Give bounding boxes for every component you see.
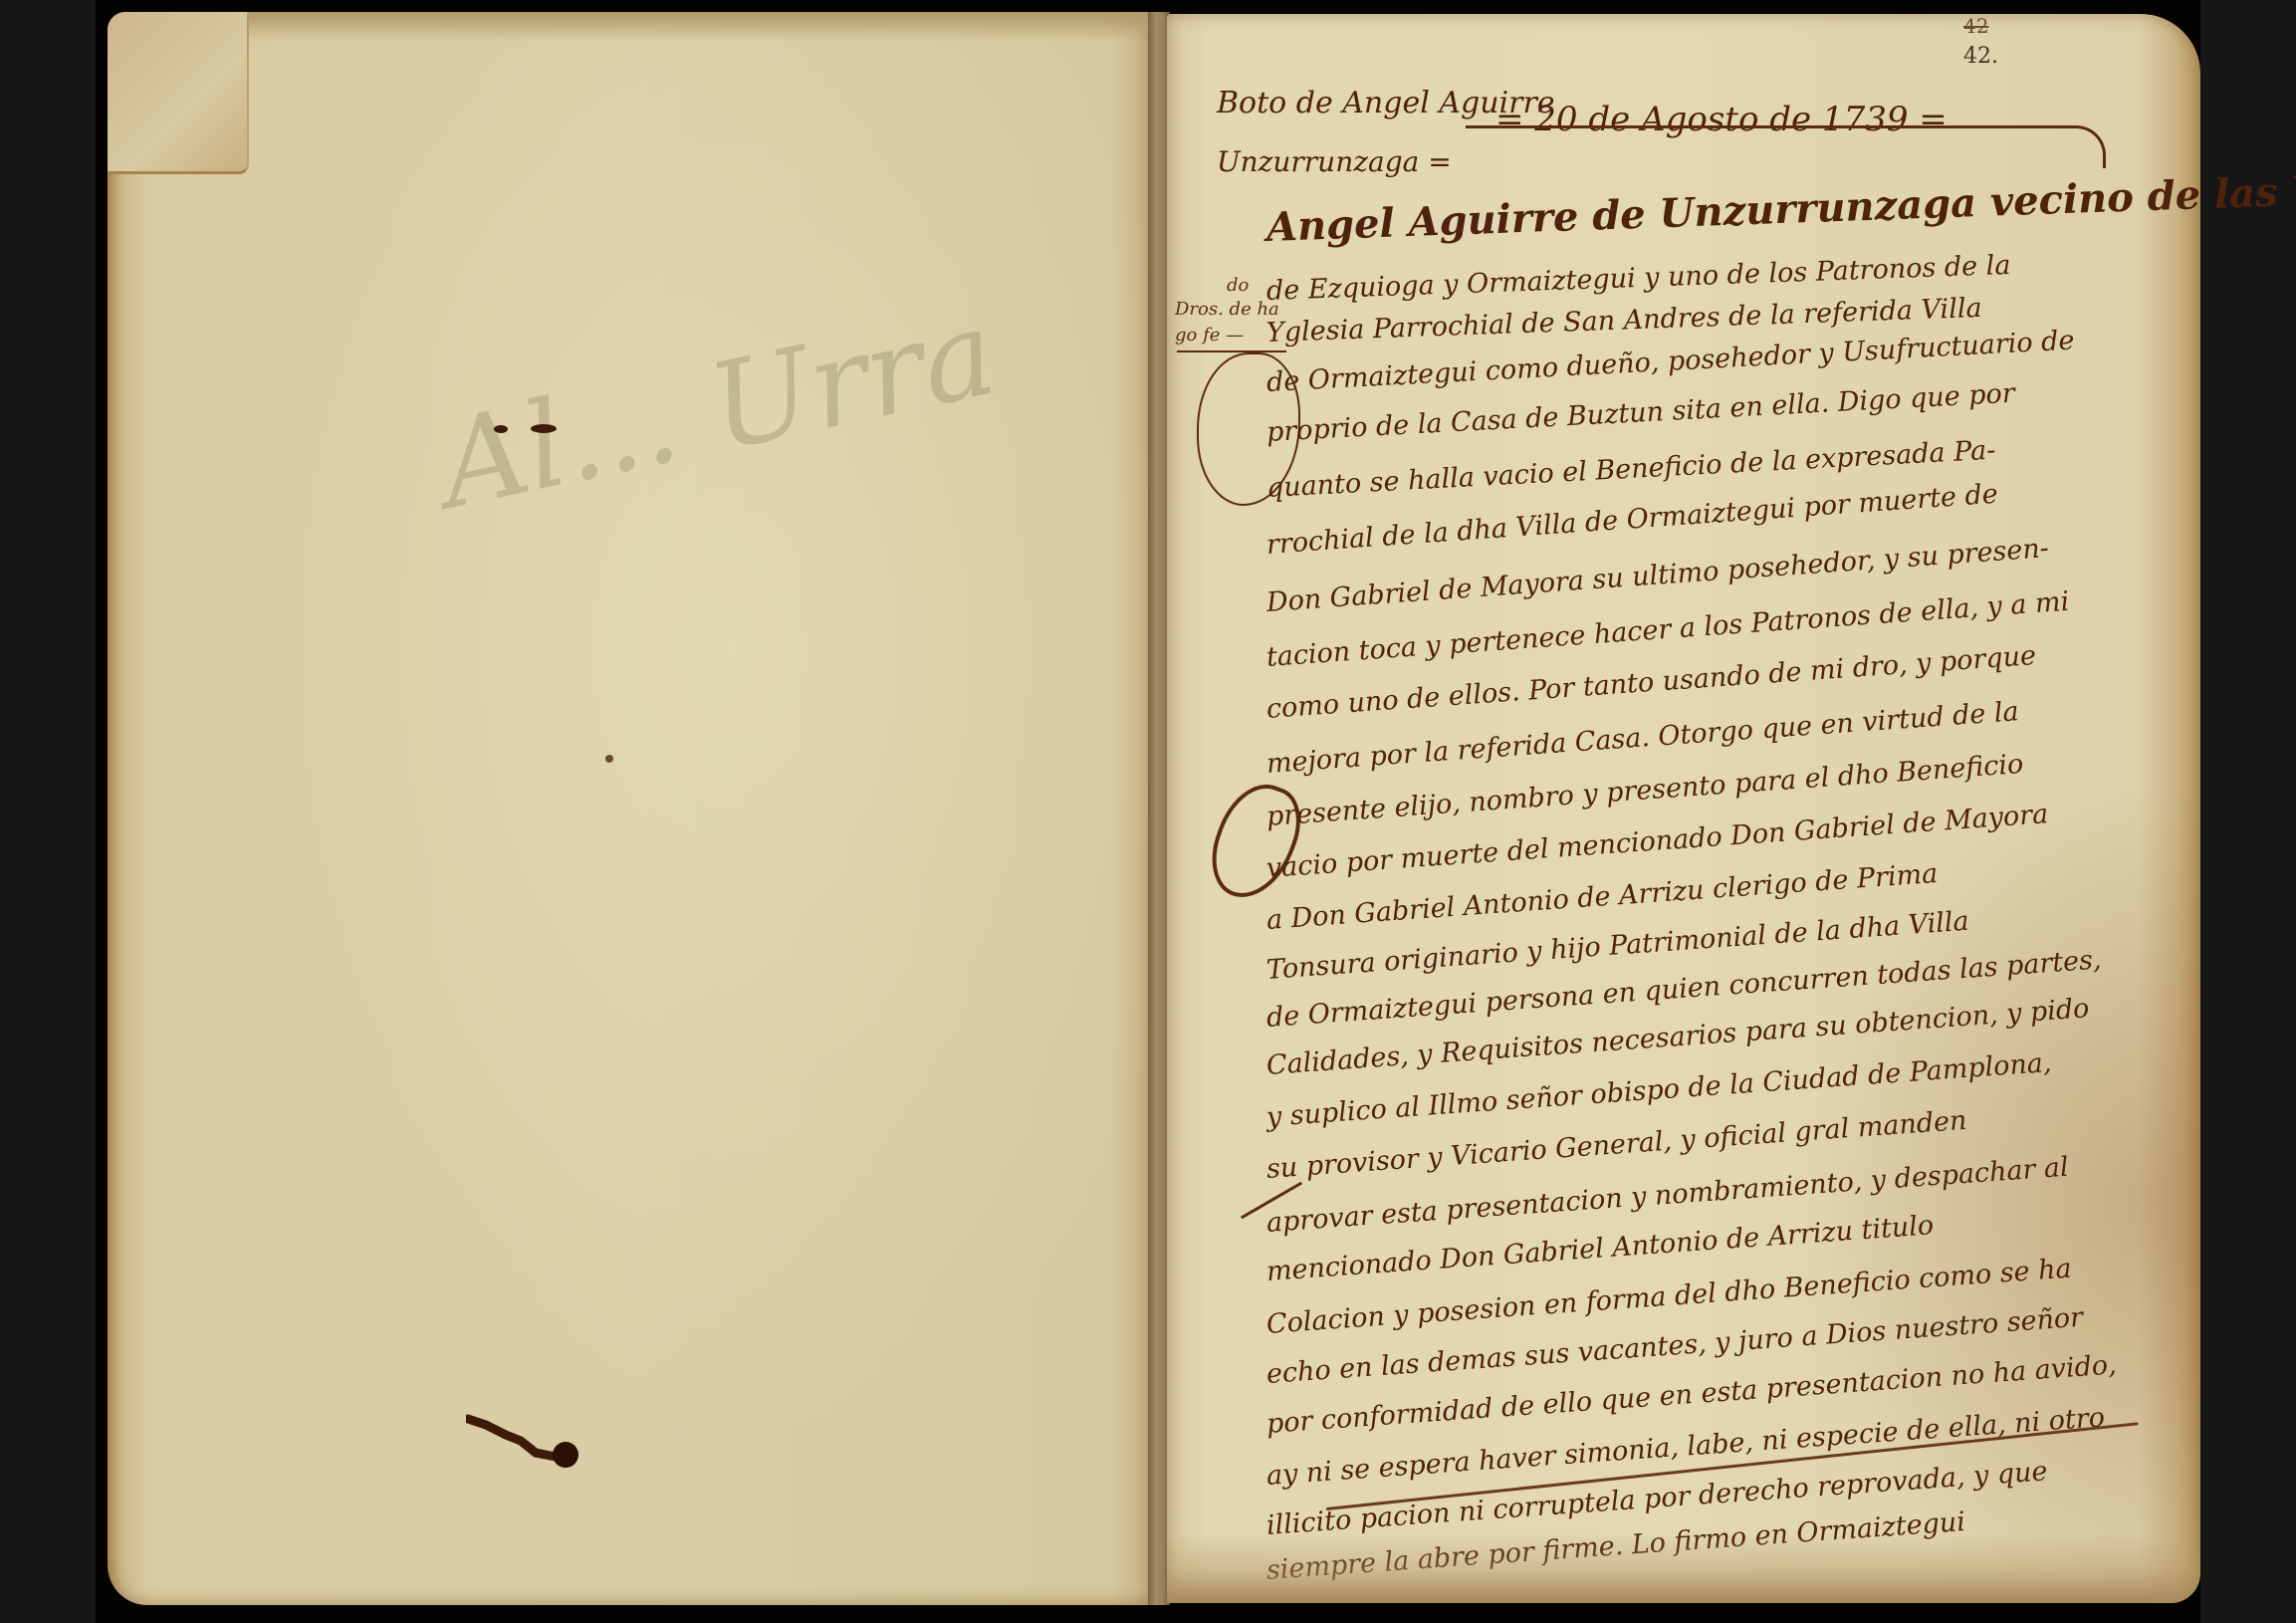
heading-cartouche-line: [1466, 125, 2106, 168]
bleed-through-signature: Al... Urra: [428, 284, 1008, 536]
ink-speck: [605, 755, 613, 763]
margin-note: go fe —: [1175, 325, 1244, 346]
ink-blot: [531, 424, 557, 433]
torn-top-edge: [247, 12, 1153, 42]
margin-note: do: [1227, 275, 1249, 296]
left-page: Al... Urra: [108, 12, 1153, 1605]
ink-blot: [494, 425, 508, 433]
margin-note: Dros. de ha: [1175, 299, 1279, 320]
heading-surname: Unzurrunzaga =: [1217, 145, 1452, 178]
ink-drip-mark: [466, 1411, 625, 1481]
folded-corner: [108, 12, 249, 174]
right-page: 42 42. Boto de Angel Aguirre Unzurrunzag…: [1167, 14, 2200, 1603]
folio-number-old: 42: [1963, 14, 1988, 38]
margin-note-underline: [1177, 350, 1286, 352]
margin-flourish-c: [1199, 773, 1312, 910]
body-line: Angel Aguirre de Unzurrunzaga vecino de …: [1265, 168, 2296, 248]
water-stain: [1167, 1533, 2200, 1603]
folio-number: 42.: [1963, 44, 1998, 69]
